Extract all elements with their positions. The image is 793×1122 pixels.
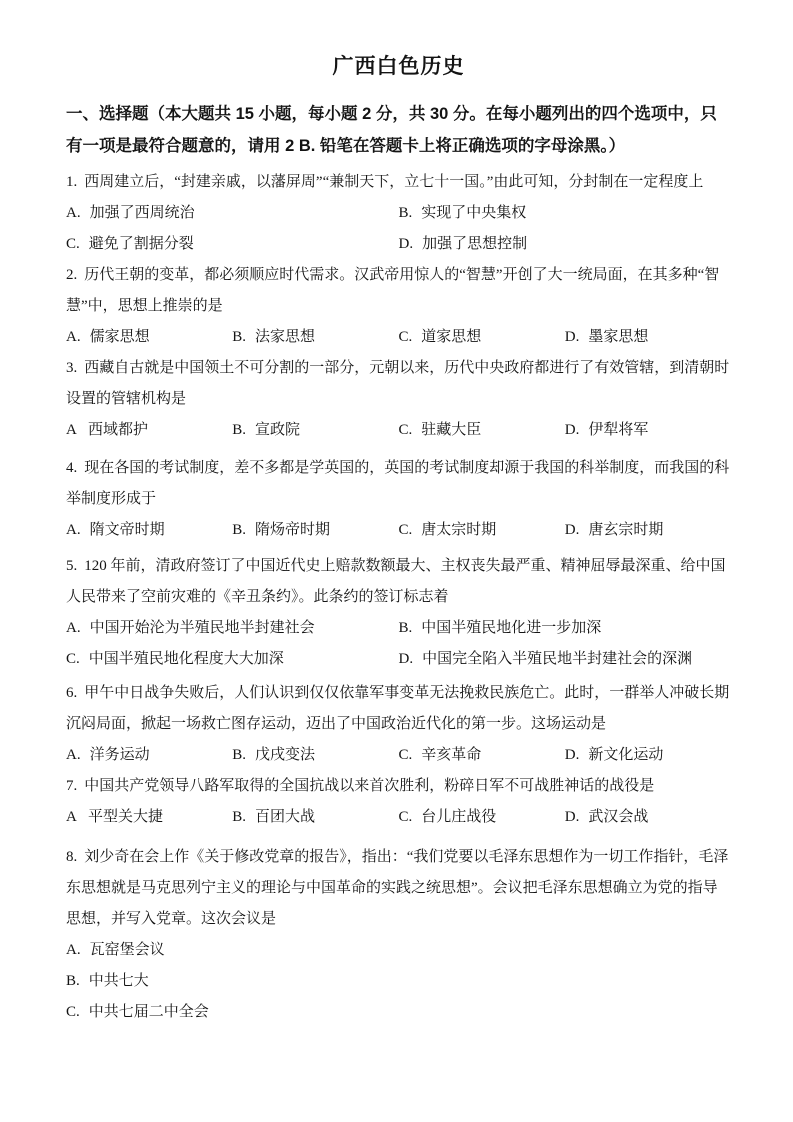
option-c: C.道家思想 bbox=[399, 322, 565, 353]
option-c: C.驻藏大臣 bbox=[399, 415, 565, 446]
option-text: 唐太宗时期 bbox=[421, 522, 496, 538]
option-label: B. bbox=[232, 515, 246, 546]
option-b: B.法家思想 bbox=[232, 322, 398, 353]
question-stem: 3.西藏自古就是中国领土不可分割的一部分，元朝以来，历代中央政府都进行了有效管辖… bbox=[66, 353, 731, 415]
option-label: A. bbox=[66, 322, 81, 353]
options-group: A西域都护 B.宣政院 C.驻藏大臣 D.伊犁将军 bbox=[66, 415, 731, 446]
option-d: D.中国完全陷入半殖民地半封建社会的深渊 bbox=[399, 644, 732, 675]
option-text: 儒家思想 bbox=[90, 329, 150, 345]
question-number: 1. bbox=[66, 167, 77, 198]
question-number: 2. bbox=[66, 260, 77, 291]
question-5: 5.120 年前，清政府签订了中国近代史上赔款数额最大、主权丧失最严重、精神屈辱… bbox=[66, 551, 731, 675]
option-text: 瓦窑堡会议 bbox=[90, 942, 165, 958]
option-text: 中共七届二中全会 bbox=[89, 1004, 209, 1020]
question-8: 8.刘少奇在会上作《关于修改党章的报告》，指出：“我们党要以毛泽东思想作为一切工… bbox=[66, 842, 731, 1028]
option-b: B.中国半殖民地化进一步加深 bbox=[399, 613, 732, 644]
question-text: 120 年前，清政府签订了中国近代史上赔款数额最大、主权丧失最严重、精神屈辱最深… bbox=[66, 558, 726, 605]
option-c: C.辛亥革命 bbox=[399, 740, 565, 771]
option-text: 墨家思想 bbox=[588, 329, 648, 345]
question-text: 西周建立后，“封建亲戚，以藩屏周”“兼制天下，立七十一国。”由此可知，分封制在一… bbox=[84, 174, 703, 190]
question-6: 6.甲午中日战争失败后，人们认识到仅仅依靠军事变革无法挽救民族危亡。此时，一群举… bbox=[66, 678, 731, 771]
document-title: 广西白色历史 bbox=[66, 52, 731, 82]
option-b: B.宣政院 bbox=[232, 415, 398, 446]
option-label: B. bbox=[232, 802, 246, 833]
question-stem: 2.历代王朝的变革，都必须顺应时代需求。汉武帝用惊人的“智慧”开创了大一统局面，… bbox=[66, 260, 731, 322]
question-text: 刘少奇在会上作《关于修改党章的报告》，指出：“我们党要以毛泽东思想作为一切工作指… bbox=[66, 849, 728, 927]
options-group: A.洋务运动 B.戊戌变法 C.辛亥革命 D.新文化运动 bbox=[66, 740, 731, 771]
options-group: A.加强了西周统治 B.实现了中央集权 C.避免了割据分裂 D.加强了思想控制 bbox=[66, 198, 731, 260]
option-b: B.百团大战 bbox=[232, 802, 398, 833]
option-label: B. bbox=[232, 740, 246, 771]
option-text: 台儿庄战役 bbox=[421, 809, 496, 825]
question-number: 4. bbox=[66, 453, 77, 484]
option-label: C. bbox=[399, 322, 413, 353]
option-a: A.儒家思想 bbox=[66, 322, 232, 353]
option-text: 中共七大 bbox=[89, 973, 149, 989]
options-group: A.隋文帝时期 B.隋炀帝时期 C.唐太宗时期 D.唐玄宗时期 bbox=[66, 515, 731, 546]
option-d: D.伊犁将军 bbox=[565, 415, 731, 446]
option-text: 西域都护 bbox=[88, 422, 148, 438]
question-stem: 8.刘少奇在会上作《关于修改党章的报告》，指出：“我们党要以毛泽东思想作为一切工… bbox=[66, 842, 731, 935]
option-d: D.新文化运动 bbox=[565, 740, 731, 771]
option-text: 唐玄宗时期 bbox=[588, 522, 663, 538]
option-a: A平型关大捷 bbox=[66, 802, 232, 833]
option-label: B. bbox=[66, 966, 80, 997]
option-label: A. bbox=[66, 935, 81, 966]
question-stem: 5.120 年前，清政府签订了中国近代史上赔款数额最大、主权丧失最严重、精神屈辱… bbox=[66, 551, 731, 613]
question-number: 7. bbox=[66, 771, 77, 802]
option-text: 宣政院 bbox=[255, 422, 300, 438]
option-c: C.台儿庄战役 bbox=[399, 802, 565, 833]
option-label: D. bbox=[565, 515, 580, 546]
option-b: B.实现了中央集权 bbox=[399, 198, 732, 229]
option-text: 伊犁将军 bbox=[588, 422, 648, 438]
option-text: 中国半殖民地化进一步加深 bbox=[421, 620, 601, 636]
options-group: A.儒家思想 B.法家思想 C.道家思想 D.墨家思想 bbox=[66, 322, 731, 353]
option-text: 戊戌变法 bbox=[255, 747, 315, 763]
question-number: 3. bbox=[66, 353, 77, 384]
option-text: 加强了思想控制 bbox=[422, 236, 527, 252]
option-label: A bbox=[66, 415, 79, 446]
option-label: C. bbox=[66, 644, 80, 675]
option-a: A西域都护 bbox=[66, 415, 232, 446]
option-d: D.墨家思想 bbox=[565, 322, 731, 353]
option-b: B.中共七大 bbox=[66, 966, 731, 997]
option-label: A. bbox=[66, 515, 81, 546]
option-b: B.隋炀帝时期 bbox=[232, 515, 398, 546]
option-label: D. bbox=[399, 229, 414, 260]
question-1: 1.西周建立后，“封建亲戚，以藩屏周”“兼制天下，立七十一国。”由此可知，分封制… bbox=[66, 167, 731, 260]
options-group: A.中国开始沦为半殖民地半封建社会 B.中国半殖民地化进一步加深 C.中国半殖民… bbox=[66, 613, 731, 675]
question-4: 4.现在各国的考试制度，差不多都是学英国的，英国的考试制度却源于我国的科举制度，… bbox=[66, 453, 731, 546]
option-label: C. bbox=[399, 515, 413, 546]
option-c: C.避免了割据分裂 bbox=[66, 229, 399, 260]
question-stem: 6.甲午中日战争失败后，人们认识到仅仅依靠军事变革无法挽救民族危亡。此时，一群举… bbox=[66, 678, 731, 740]
question-text: 现在各国的考试制度，差不多都是学英国的，英国的考试制度却源于我国的科举制度，而我… bbox=[66, 460, 729, 507]
option-a: A.瓦窑堡会议 bbox=[66, 935, 731, 966]
options-group: A.瓦窑堡会议 B.中共七大 C.中共七届二中全会 bbox=[66, 935, 731, 1028]
option-label: B. bbox=[399, 198, 413, 229]
option-text: 辛亥革命 bbox=[421, 747, 481, 763]
question-number: 8. bbox=[66, 842, 77, 873]
question-2: 2.历代王朝的变革，都必须顺应时代需求。汉武帝用惊人的“智慧”开创了大一统局面，… bbox=[66, 260, 731, 353]
option-text: 加强了西周统治 bbox=[90, 205, 195, 221]
option-text: 武汉会战 bbox=[588, 809, 648, 825]
question-text: 甲午中日战争失败后，人们认识到仅仅依靠军事变革无法挽救民族危亡。此时，一群举人冲… bbox=[66, 685, 729, 732]
option-text: 实现了中央集权 bbox=[421, 205, 526, 221]
question-3: 3.西藏自古就是中国领土不可分割的一部分，元朝以来，历代中央政府都进行了有效管辖… bbox=[66, 353, 731, 446]
question-stem: 4.现在各国的考试制度，差不多都是学英国的，英国的考试制度却源于我国的科举制度，… bbox=[66, 453, 731, 515]
option-b: B.戊戌变法 bbox=[232, 740, 398, 771]
option-text: 道家思想 bbox=[421, 329, 481, 345]
question-text: 历代王朝的变革，都必须顺应时代需求。汉武帝用惊人的“智慧”开创了大一统局面，在其… bbox=[66, 267, 719, 314]
option-text: 中国开始沦为半殖民地半封建社会 bbox=[90, 620, 315, 636]
option-label: D. bbox=[565, 802, 580, 833]
option-label: D. bbox=[565, 740, 580, 771]
option-text: 隋文帝时期 bbox=[90, 522, 165, 538]
option-label: C. bbox=[399, 802, 413, 833]
option-text: 洋务运动 bbox=[90, 747, 150, 763]
option-label: D. bbox=[565, 415, 580, 446]
option-d: D.唐玄宗时期 bbox=[565, 515, 731, 546]
options-group: A平型关大捷 B.百团大战 C.台儿庄战役 D.武汉会战 bbox=[66, 802, 731, 833]
option-text: 法家思想 bbox=[255, 329, 315, 345]
option-text: 平型关大捷 bbox=[88, 809, 163, 825]
question-7: 7.中国共产党领导八路军取得的全国抗战以来首次胜利，粉碎日军不可战胜神话的战役是… bbox=[66, 771, 731, 833]
option-label: C. bbox=[399, 415, 413, 446]
option-label: A. bbox=[66, 740, 81, 771]
option-label: D. bbox=[565, 322, 580, 353]
option-label: A. bbox=[66, 198, 81, 229]
option-a: A.隋文帝时期 bbox=[66, 515, 232, 546]
exam-page: 广西白色历史 一、选择题（本大题共 15 小题，每小题 2 分，共 30 分。在… bbox=[0, 0, 793, 1122]
option-a: A.中国开始沦为半殖民地半封建社会 bbox=[66, 613, 399, 644]
option-a: A.加强了西周统治 bbox=[66, 198, 399, 229]
question-stem: 1.西周建立后，“封建亲戚，以藩屏周”“兼制天下，立七十一国。”由此可知，分封制… bbox=[66, 167, 731, 198]
option-d: D.武汉会战 bbox=[565, 802, 731, 833]
option-label: B. bbox=[232, 415, 246, 446]
option-label: B. bbox=[232, 322, 246, 353]
option-text: 避免了割据分裂 bbox=[89, 236, 194, 252]
option-label: D. bbox=[399, 644, 414, 675]
option-c: C.唐太宗时期 bbox=[399, 515, 565, 546]
option-text: 新文化运动 bbox=[588, 747, 663, 763]
option-label: A bbox=[66, 802, 79, 833]
option-label: C. bbox=[399, 740, 413, 771]
option-text: 中国半殖民地化程度大大加深 bbox=[89, 651, 284, 667]
option-label: C. bbox=[66, 997, 80, 1028]
question-text: 中国共产党领导八路军取得的全国抗战以来首次胜利，粉碎日军不可战胜神话的战役是 bbox=[84, 778, 654, 794]
section-heading: 一、选择题（本大题共 15 小题，每小题 2 分，共 30 分。在每小题列出的四… bbox=[66, 98, 731, 162]
option-text: 百团大战 bbox=[255, 809, 315, 825]
question-number: 5. bbox=[66, 551, 77, 582]
question-stem: 7.中国共产党领导八路军取得的全国抗战以来首次胜利，粉碎日军不可战胜神话的战役是 bbox=[66, 771, 731, 802]
option-text: 驻藏大臣 bbox=[421, 422, 481, 438]
option-label: B. bbox=[399, 613, 413, 644]
option-c: C.中共七届二中全会 bbox=[66, 997, 731, 1028]
option-a: A.洋务运动 bbox=[66, 740, 232, 771]
question-text: 西藏自古就是中国领土不可分割的一部分，元朝以来，历代中央政府都进行了有效管辖，到… bbox=[66, 360, 729, 407]
option-label: A. bbox=[66, 613, 81, 644]
option-text: 隋炀帝时期 bbox=[255, 522, 330, 538]
question-number: 6. bbox=[66, 678, 77, 709]
option-c: C.中国半殖民地化程度大大加深 bbox=[66, 644, 399, 675]
option-text: 中国完全陷入半殖民地半封建社会的深渊 bbox=[422, 651, 692, 667]
option-label: C. bbox=[66, 229, 80, 260]
option-d: D.加强了思想控制 bbox=[399, 229, 732, 260]
